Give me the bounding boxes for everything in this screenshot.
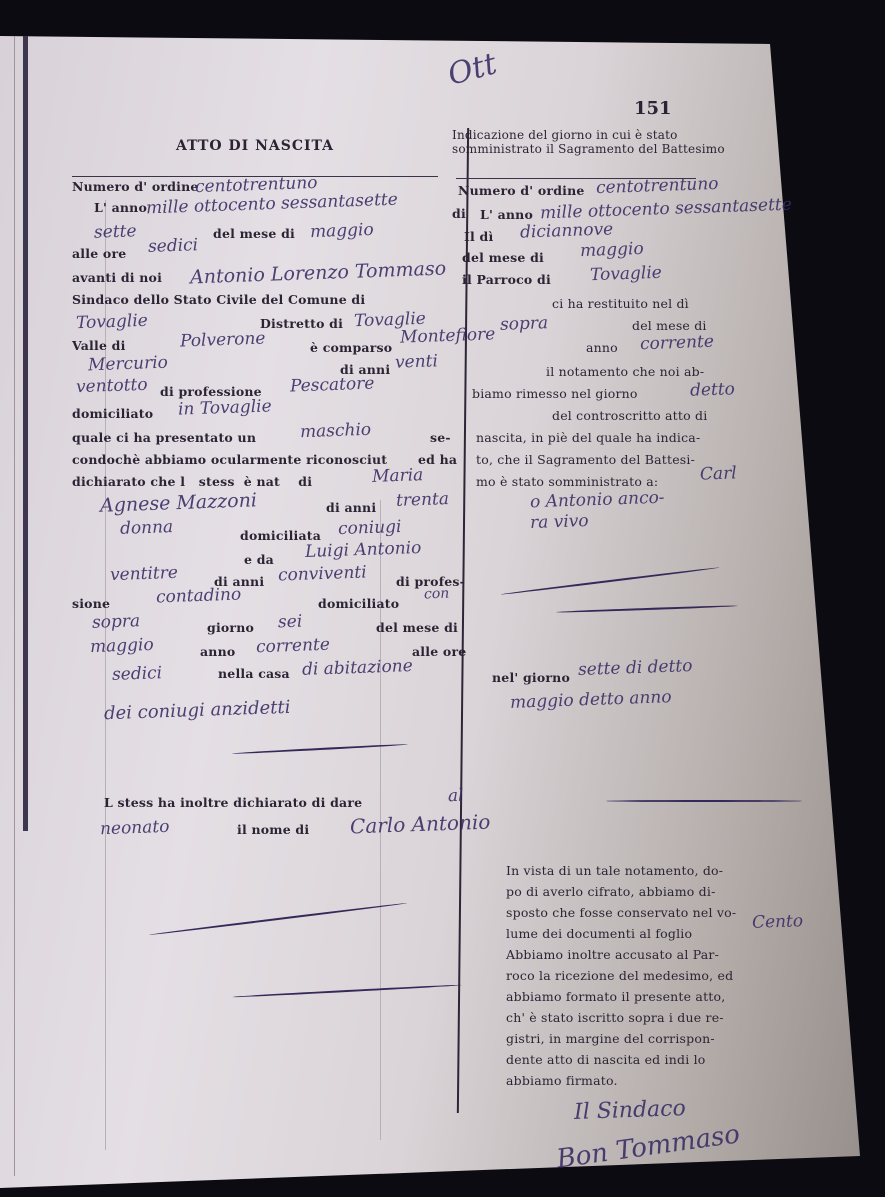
value-comparso: Montefiore xyxy=(400,324,496,347)
label-mese: del mese di xyxy=(213,226,295,241)
label-domiciliato: domiciliato xyxy=(72,406,153,421)
label-numero-ordine: Numero d' ordine xyxy=(72,179,199,194)
value-comune: Tovaglie xyxy=(76,311,148,333)
label-nome: il nome di xyxy=(237,822,309,837)
value-giorno-nascita: sei xyxy=(278,612,303,633)
value-padre: Luigi Antonio xyxy=(305,538,422,562)
value-eta: venti xyxy=(395,351,439,372)
value-giorno: sette xyxy=(94,221,137,242)
label-anno: L' anno xyxy=(94,200,147,215)
value-professione-padre: contadino xyxy=(156,585,242,608)
label-presentato: quale ci ha presentato un xyxy=(72,430,256,445)
value-valle: Polverone xyxy=(180,329,266,352)
value-cognome: Mercurio xyxy=(88,353,169,376)
value-domicilio: in Tovaglie xyxy=(178,396,272,419)
label-valle: Valle di xyxy=(72,338,126,353)
page-number: 151 xyxy=(634,98,672,119)
label-casa: nella casa xyxy=(218,666,290,681)
label-eta-madre: di anni xyxy=(326,500,376,515)
closing-paragraph: In vista di un tale notamento, do- po di… xyxy=(506,860,736,1091)
declaration-text: L stess ha inoltre dichiarato di dare xyxy=(104,795,362,810)
value-professione: Pescatore xyxy=(290,374,375,397)
label-comparso: è comparso xyxy=(310,340,392,355)
label-domiciliata: domiciliata xyxy=(240,528,321,543)
value-ore: sedici xyxy=(148,235,199,257)
value-casa: di abitazione xyxy=(302,656,413,680)
value-foglio: Cento xyxy=(752,911,804,933)
right-header: Indicazione del giorno in cui è stato so… xyxy=(452,128,732,156)
signature-sindaco: Il Sindaco xyxy=(574,1096,687,1125)
value-nome: Carlo Antonio xyxy=(350,810,491,839)
label-avanti-di-noi: avanti di noi xyxy=(72,270,162,285)
label-e-da: e da xyxy=(244,552,274,567)
value-eta-cont: ventotto xyxy=(76,375,148,397)
label-dichiarato: dichiarato che l stess è nat di xyxy=(72,474,312,489)
value-sesso: maschio xyxy=(300,420,372,442)
label-giorno: giorno xyxy=(207,620,254,635)
label-riconosciuto: condochè abbiamo ocularmente riconosciut xyxy=(72,452,387,467)
page-title: ATTO DI NASCITA xyxy=(176,138,334,154)
value-madre: Maria xyxy=(372,465,424,487)
label-ore: alle ore xyxy=(72,246,126,261)
value-eta-madre: trenta xyxy=(396,489,450,511)
value-mese: maggio xyxy=(310,220,374,242)
binding-rule xyxy=(23,36,28,831)
label-sindaco-comune: Sindaco dello Stato Civile del Comune di xyxy=(72,292,365,307)
label-distretto: Distretto di xyxy=(260,316,343,331)
page-edge-line xyxy=(14,36,15,1176)
